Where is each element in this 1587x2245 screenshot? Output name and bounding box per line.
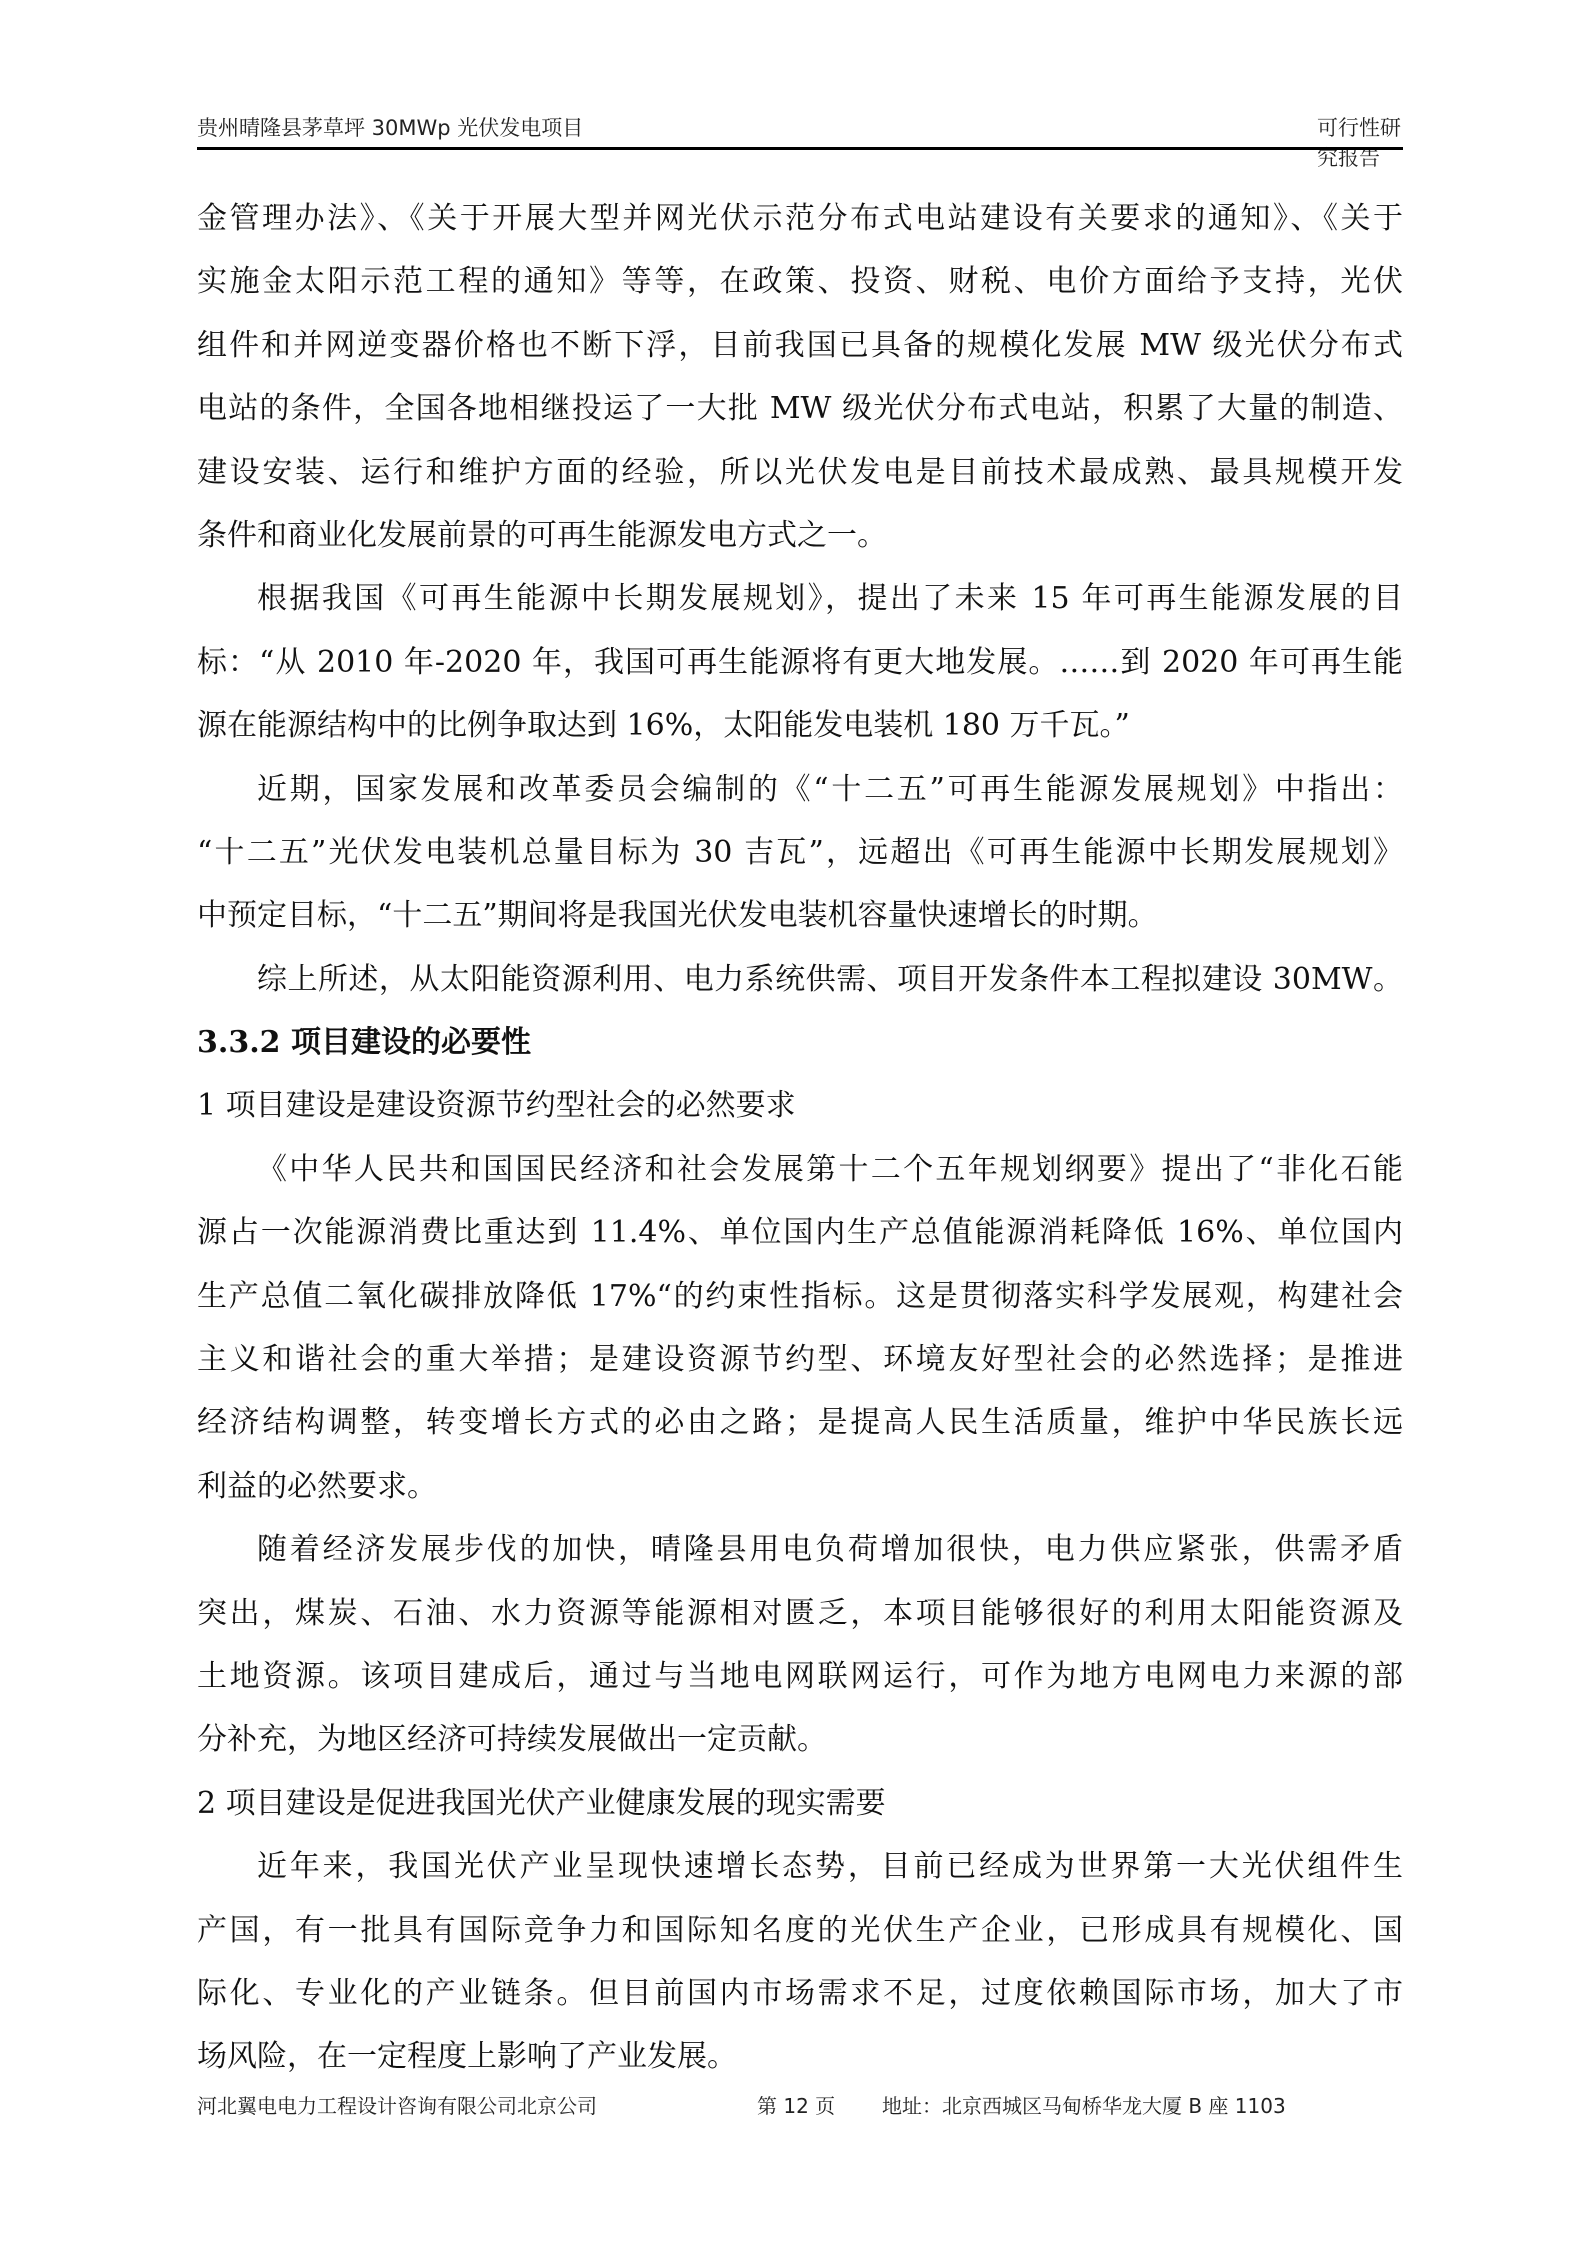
paragraph-renewable-plan: 根据我国《可再生能源中长期发展规划》，提出了未来 15 年可再生能源发展的目 标… (197, 567, 1403, 757)
text-line: 利益的必然要求。 (197, 1455, 1403, 1518)
header-divider (197, 147, 1403, 150)
text-line: 综上所述，从太阳能资源利用、电力系统供需、项目开发条件本工程拟建设 30MW。 (197, 948, 1403, 1011)
text-line: 源在能源结构中的比例争取达到 16%，太阳能发电装机 180 万千瓦。” (197, 694, 1403, 757)
page-header: 贵州晴隆县茅草坪 30MWp 光伏发电项目 可行性研究报告 (197, 108, 1403, 144)
paragraph-five-year-outline: 《中华人民共和国国民经济和社会发展第十二个五年规划纲要》提出了“非化石能 源占一… (197, 1138, 1403, 1518)
text-line: 场风险，在一定程度上影响了产业发展。 (197, 2025, 1403, 2088)
document-type: 可行性研究报告 (1317, 112, 1403, 172)
text-line: 产国，有一批具有国际竞争力和国际知名度的光伏生产企业，已形成具有规模化、国 (197, 1899, 1403, 1962)
text-line: 近期，国家发展和改革委员会编制的《“十二五”可再生能源发展规划》中指出： (197, 758, 1403, 821)
paragraph-twelfth-five-year: 近期，国家发展和改革委员会编制的《“十二五”可再生能源发展规划》中指出： “十二… (197, 758, 1403, 948)
text-line: “十二五”光伏发电装机总量目标为 30 吉瓦”，远超出《可再生能源中长期发展规划… (197, 821, 1403, 884)
text-line: 主义和谐社会的重大举措；是建设资源节约型、环境友好型社会的必然选择；是推进 (197, 1328, 1403, 1391)
text-line: 土地资源。该项目建成后，通过与当地电网联网运行，可作为地方电网电力来源的部 (197, 1645, 1403, 1708)
company-name: 河北翼电电力工程设计咨询有限公司北京公司 (197, 2090, 597, 2119)
text-line: 《中华人民共和国国民经济和社会发展第十二个五年规划纲要》提出了“非化石能 (197, 1138, 1403, 1201)
text-line: 分补充，为地区经济可持续发展做出一定贡献。 (197, 1708, 1403, 1771)
paragraph-summary: 综上所述，从太阳能资源利用、电力系统供需、项目开发条件本工程拟建设 30MW。 (197, 948, 1403, 1011)
text-line: 电站的条件，全国各地相继投运了一大批 MW 级光伏分布式电站，积累了大量的制造、 (197, 377, 1403, 440)
text-line: 金管理办法》、《关于开展大型并网光伏示范分布式电站建设有关要求的通知》、《关于 (197, 187, 1403, 250)
text-line: 生产总值二氧化碳排放降低 17%“的约束性指标。这是贯彻落实科学发展观，构建社会 (197, 1265, 1403, 1328)
text-line: 实施金太阳示范工程的通知》等等，在政策、投资、财税、电价方面给予支持，光伏 (197, 250, 1403, 313)
section-heading: 3.3.2 项目建设的必要性 (197, 1011, 1403, 1074)
company-address: 地址：北京西城区马甸桥华龙大厦 B 座 1103 (882, 2090, 1286, 2119)
page-number: 第 12 页 (757, 2090, 835, 2119)
document-body: 金管理办法》、《关于开展大型并网光伏示范分布式电站建设有关要求的通知》、《关于 … (197, 187, 1403, 2089)
text-line: 经济结构调整，转变增长方式的必由之路；是提高人民生活质量，维护中华民族长远 (197, 1391, 1403, 1454)
text-line: 标：“从 2010 年-2020 年，我国可再生能源将有更大地发展。……到 20… (197, 631, 1403, 694)
text-line: 突出，煤炭、石油、水力资源等能源相对匮乏，本项目能够很好的利用太阳能资源及 (197, 1582, 1403, 1645)
text-line: 随着经济发展步伐的加快，晴隆县用电负荷增加很快，电力供应紧张，供需矛盾 (197, 1518, 1403, 1581)
text-line: 组件和并网逆变器价格也不断下浮，目前我国已具备的规模化发展 MW 级光伏分布式 (197, 314, 1403, 377)
subsection-heading-2: 2 项目建设是促进我国光伏产业健康发展的现实需要 (197, 1772, 1403, 1835)
text-line: 中预定目标，“十二五”期间将是我国光伏发电装机容量快速增长的时期。 (197, 884, 1403, 947)
text-line: 源占一次能源消费比重达到 11.4%、单位国内生产总值能源消耗降低 16%、单位… (197, 1201, 1403, 1264)
text-line: 近年来，我国光伏产业呈现快速增长态势，目前已经成为世界第一大光伏组件生 (197, 1835, 1403, 1898)
text-line: 根据我国《可再生能源中长期发展规划》，提出了未来 15 年可再生能源发展的目 (197, 567, 1403, 630)
paragraph-local-demand: 随着经济发展步伐的加快，晴隆县用电负荷增加很快，电力供应紧张，供需矛盾 突出，煤… (197, 1518, 1403, 1772)
project-title: 贵州晴隆县茅草坪 30MWp 光伏发电项目 (197, 112, 583, 142)
paragraph-policy-support: 金管理办法》、《关于开展大型并网光伏示范分布式电站建设有关要求的通知》、《关于 … (197, 187, 1403, 567)
text-line: 际化、专业化的产业链条。但目前国内市场需求不足，过度依赖国际市场，加大了市 (197, 1962, 1403, 2025)
text-line: 条件和商业化发展前景的可再生能源发电方式之一。 (197, 504, 1403, 567)
subsection-heading-1: 1 项目建设是建设资源节约型社会的必然要求 (197, 1074, 1403, 1137)
paragraph-pv-industry: 近年来，我国光伏产业呈现快速增长态势，目前已经成为世界第一大光伏组件生 产国，有… (197, 1835, 1403, 2089)
page-footer: 河北翼电电力工程设计咨询有限公司北京公司 第 12 页 地址：北京西城区马甸桥华… (197, 2090, 1403, 2124)
text-line: 建设安装、运行和维护方面的经验，所以光伏发电是目前技术最成熟、最具规模开发 (197, 441, 1403, 504)
